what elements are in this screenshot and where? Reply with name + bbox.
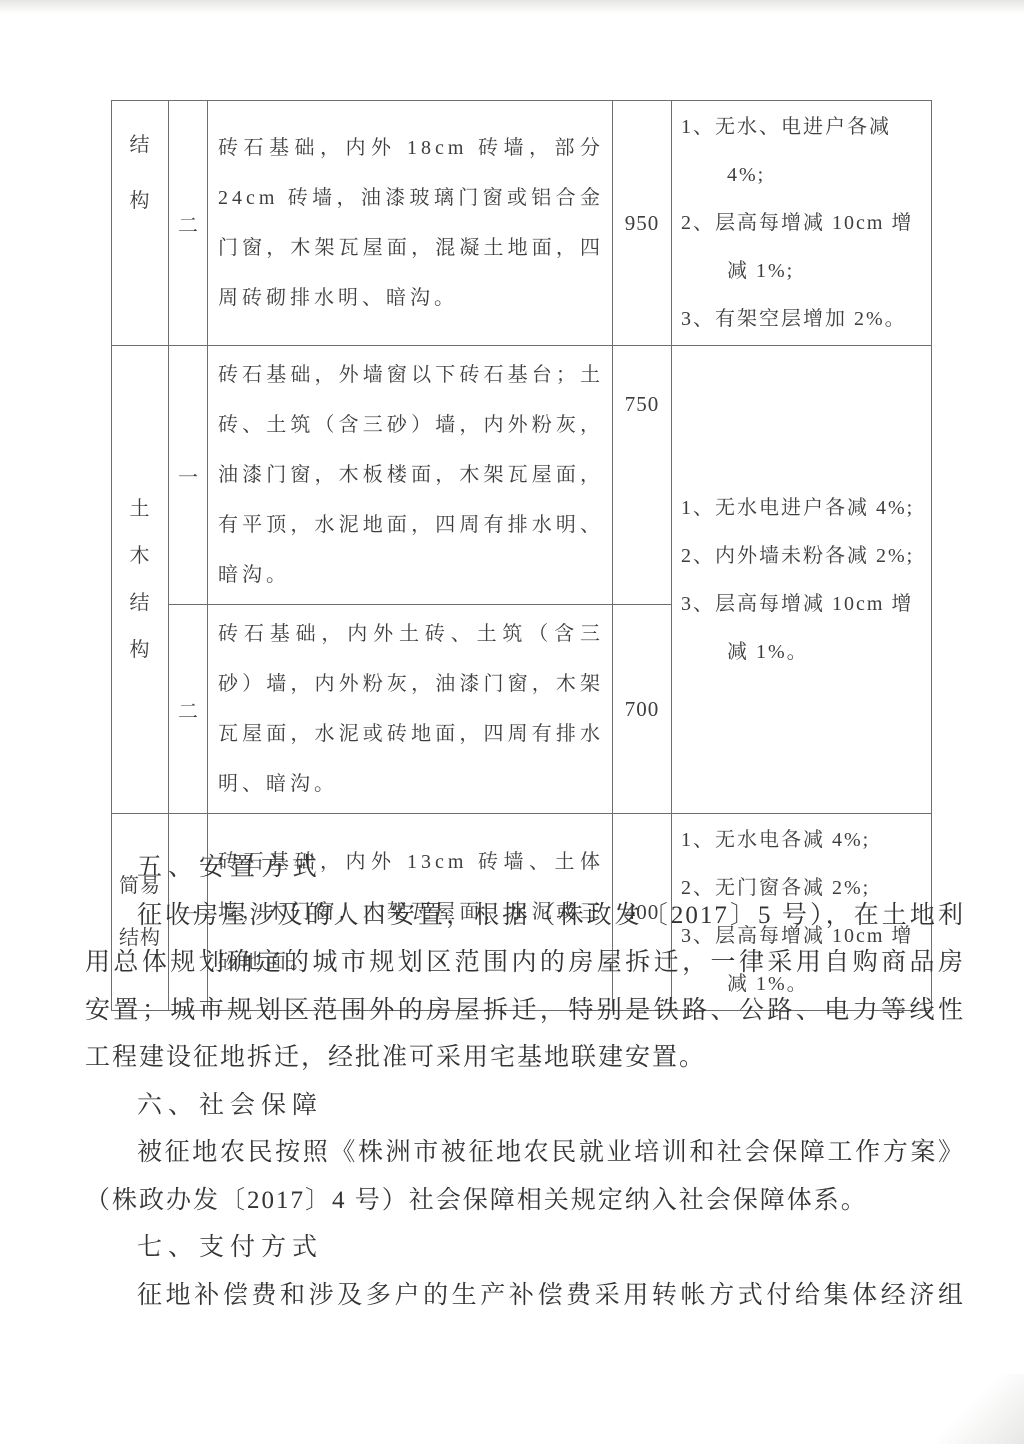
text-line: 木: [113, 533, 167, 580]
price-cell: 700: [613, 605, 672, 814]
text-line: 结: [113, 580, 167, 627]
text-line: 2、层高每增减 10cm 增减 1%;: [681, 199, 925, 295]
price-cell: 950: [613, 101, 672, 346]
notes-cell: 1、无水、电进户各减 4%;2、层高每增减 10cm 增减 1%;3、有架空层增…: [672, 101, 932, 346]
text-line: 1、无水、电进户各减 4%;: [681, 103, 925, 199]
body-text: 五、安置方式 征收房屋涉及的人口安置，根据（株政发〔2017〕5 号），在土地利…: [85, 844, 965, 1319]
table-row: 结构 二 砖石基础，内外 18cm 砖墙，部分 24cm 砖墙，油漆玻璃门窗或铝…: [112, 101, 932, 346]
structure-type-cell: 结构: [112, 101, 169, 346]
text-line: 2、内外墙未粉各减 2%;: [681, 532, 925, 580]
text-line: 3、有架空层增加 2%。: [681, 295, 925, 343]
text-line: 1、无水电进户各减 4%;: [681, 484, 925, 532]
paragraph-line: 征地补偿费和涉及多户的生产补偿费采用转帐方式付给集体经济组织。生: [85, 1272, 965, 1320]
text-line: 3、层高每增减 10cm 增减 1%。: [681, 580, 925, 676]
grade-cell: 二: [169, 101, 208, 346]
paragraph-line: 用总体规划确定的城市规划区范围内的房屋拆迁，一律采用自购商品房: [85, 939, 965, 987]
grade-cell: 二: [169, 605, 208, 814]
notes-cell: 1、无水电进户各减 4%;2、内外墙未粉各减 2%;3、层高每增减 10cm 增…: [672, 346, 932, 814]
description-cell: 砖石基础，内外土砖、土筑（含三砂）墙，内外粉灰，油漆门窗，木架瓦屋面，水泥或砖地…: [208, 605, 613, 814]
text-line: 结: [113, 117, 167, 173]
description-cell: 砖石基础，外墙窗以下砖石基台；土砖、土筑（含三砂）墙，内外粉灰，油漆门窗，木板楼…: [208, 346, 613, 605]
paragraph-line: 安置；城市规划区范围外的房屋拆迁，特别是铁路、公路、电力等线性: [85, 987, 965, 1035]
scan-artifact-top-edge: [0, 0, 1024, 14]
grade-cell: 一: [169, 346, 208, 605]
description-cell: 砖石基础，内外 18cm 砖墙，部分 24cm 砖墙，油漆玻璃门窗或铝合金门窗，…: [208, 101, 613, 346]
section-heading-7: 七、支付方式: [85, 1224, 965, 1272]
text-line: 构: [113, 173, 167, 229]
structure-type-cell: 土木结构: [112, 346, 169, 814]
scan-artifact-corner: [884, 1374, 1024, 1444]
text-line: 构: [113, 627, 167, 674]
paragraph-line: 征收房屋涉及的人口安置，根据（株政发〔2017〕5 号），在土地利: [85, 892, 965, 940]
section-heading-6: 六、社会保障: [85, 1082, 965, 1130]
paragraph-line: 工程建设征地拆迁，经批准可采用宅基地联建安置。: [85, 1034, 965, 1082]
document-page: 结构 二 砖石基础，内外 18cm 砖墙，部分 24cm 砖墙，油漆玻璃门窗或铝…: [0, 0, 1024, 1444]
price-cell: 750: [613, 346, 672, 605]
table-row: 土木结构 一 砖石基础，外墙窗以下砖石基台；土砖、土筑（含三砂）墙，内外粉灰，油…: [112, 346, 932, 605]
section-heading-5: 五、安置方式: [85, 844, 965, 892]
paragraph-line: 被征地农民按照《株洲市被征地农民就业培训和社会保障工作方案》: [85, 1129, 965, 1177]
text-line: 土: [113, 486, 167, 533]
paragraph-line: （株政办发〔2017〕4 号）社会保障相关规定纳入社会保障体系。: [85, 1177, 965, 1225]
